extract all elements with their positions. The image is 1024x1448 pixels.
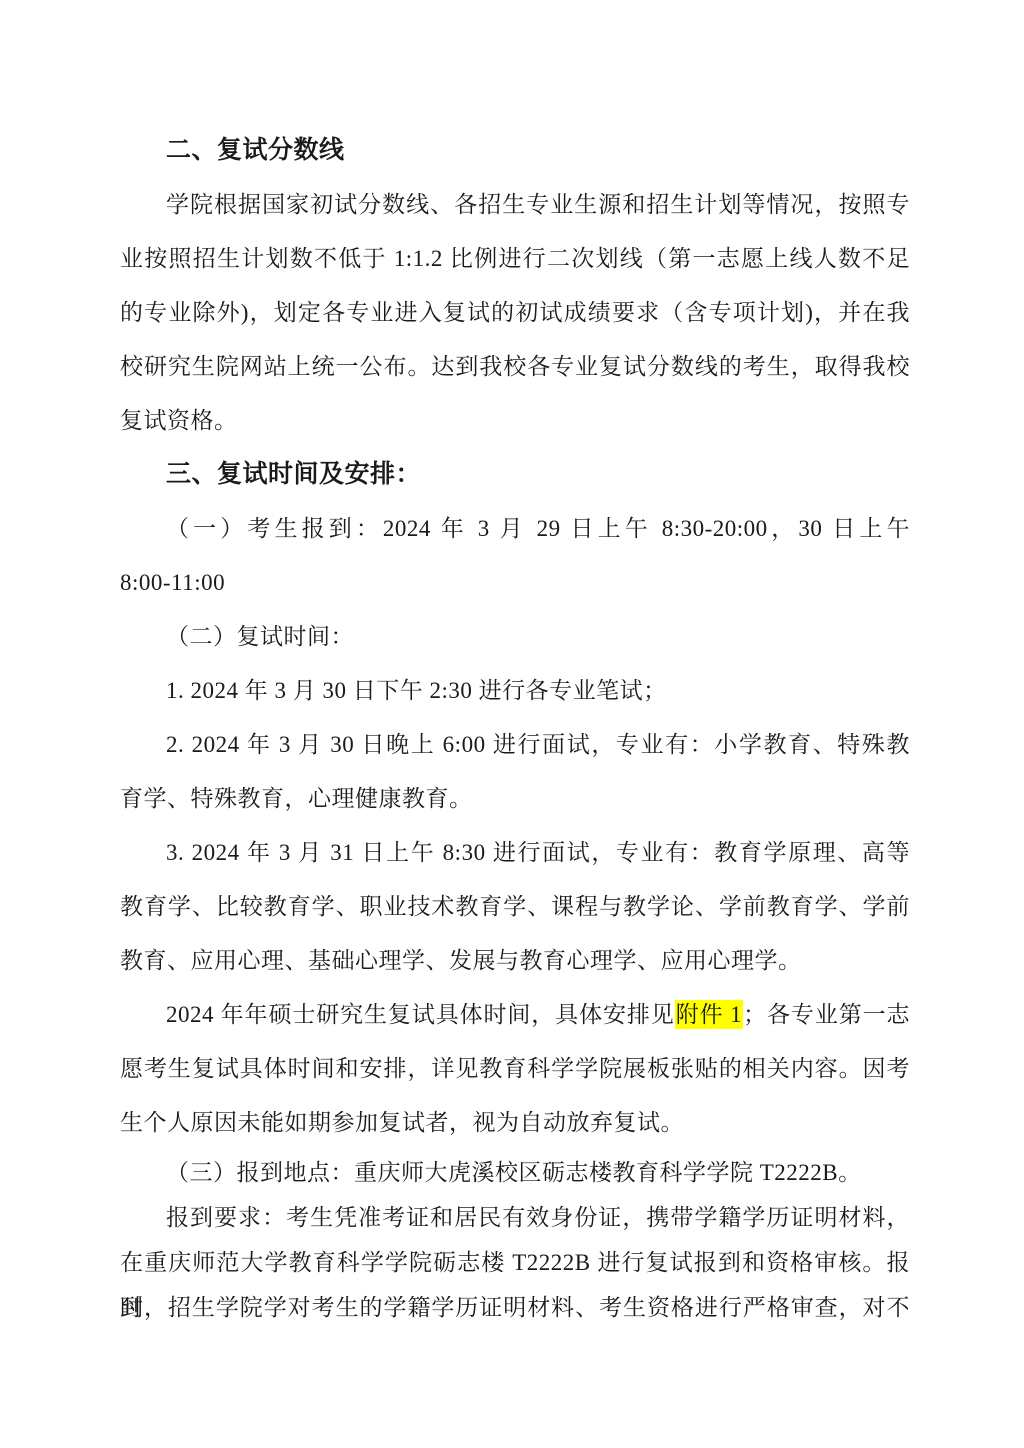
doc-line: 时，招生学院学对考生的学籍学历证明材料、考生资格进行严格审查，对不 [120,1285,910,1330]
doc-line: 业按照招生计划数不低于 1:1.2 比例进行二次划线（第一志愿上线人数不足 [120,232,910,286]
doc-line: 校研究生院网站上统一公布。达到我校各专业复试分数线的考生，取得我校 [120,340,910,394]
doc-line: 愿考生复试具体时间和安排，详见教育科学学院展板张贴的相关内容。因考 [120,1042,910,1096]
document-page: 二、复试分数线 学院根据国家初试分数线、各招生专业生源和招生计划等情况，按照专 … [0,0,1024,1448]
doc-line-with-highlight: 2024 年年硕士研究生复试具体时间，具体安排见附件 1；各专业第一志 [120,988,910,1042]
doc-line: 教育学、比较教育学、职业技术教育学、课程与教学论、学前教育学、学前 [120,880,910,934]
doc-text-before-highlight: 2024 年年硕士研究生复试具体时间，具体安排见 [166,1002,675,1027]
doc-line: 1. 2024 年 3 月 30 日下午 2:30 进行各专业笔试； [120,664,910,718]
section-heading-3: 三、复试时间及安排： [120,448,910,502]
section-heading-2: 二、复试分数线 [120,124,910,178]
doc-line: （一）考生报到：2024 年 3 月 29 日上午 8:30-20:00，30 … [120,502,910,556]
doc-line: 生个人原因未能如期参加复试者，视为自动放弃复试。 [120,1096,910,1150]
doc-text-after-highlight: ；各专业第一志 [743,1002,910,1027]
doc-line: 2. 2024 年 3 月 30 日晚上 6:00 进行面试，专业有：小学教育、… [120,718,910,772]
doc-line: 3. 2024 年 3 月 31 日上午 8:30 进行面试，专业有：教育学原理… [120,826,910,880]
doc-line: 复试资格。 [120,394,910,448]
document-body: 二、复试分数线 学院根据国家初试分数线、各招生专业生源和招生计划等情况，按照专 … [120,124,910,1330]
doc-line: 育学、特殊教育，心理健康教育。 [120,772,910,826]
attachment-1-highlight: 附件 1 [675,1000,743,1029]
doc-line: （三）报到地点：重庆师大虎溪校区砺志楼教育科学学院 T2222B。 [120,1150,910,1195]
doc-line: （二）复试时间： [120,610,910,664]
doc-line: 学院根据国家初试分数线、各招生专业生源和招生计划等情况，按照专 [120,178,910,232]
doc-line: 在重庆师范大学教育科学学院砺志楼 T2222B 进行复试报到和资格审核。报到 [120,1240,910,1285]
doc-line: 教育、应用心理、基础心理学、发展与教育心理学、应用心理学。 [120,934,910,988]
doc-line: 报到要求：考生凭准考证和居民有效身份证，携带学籍学历证明材料， [120,1195,910,1240]
doc-line: 的专业除外)，划定各专业进入复试的初试成绩要求（含专项计划)，并在我 [120,286,910,340]
doc-line: 8:00-11:00 [120,556,910,610]
